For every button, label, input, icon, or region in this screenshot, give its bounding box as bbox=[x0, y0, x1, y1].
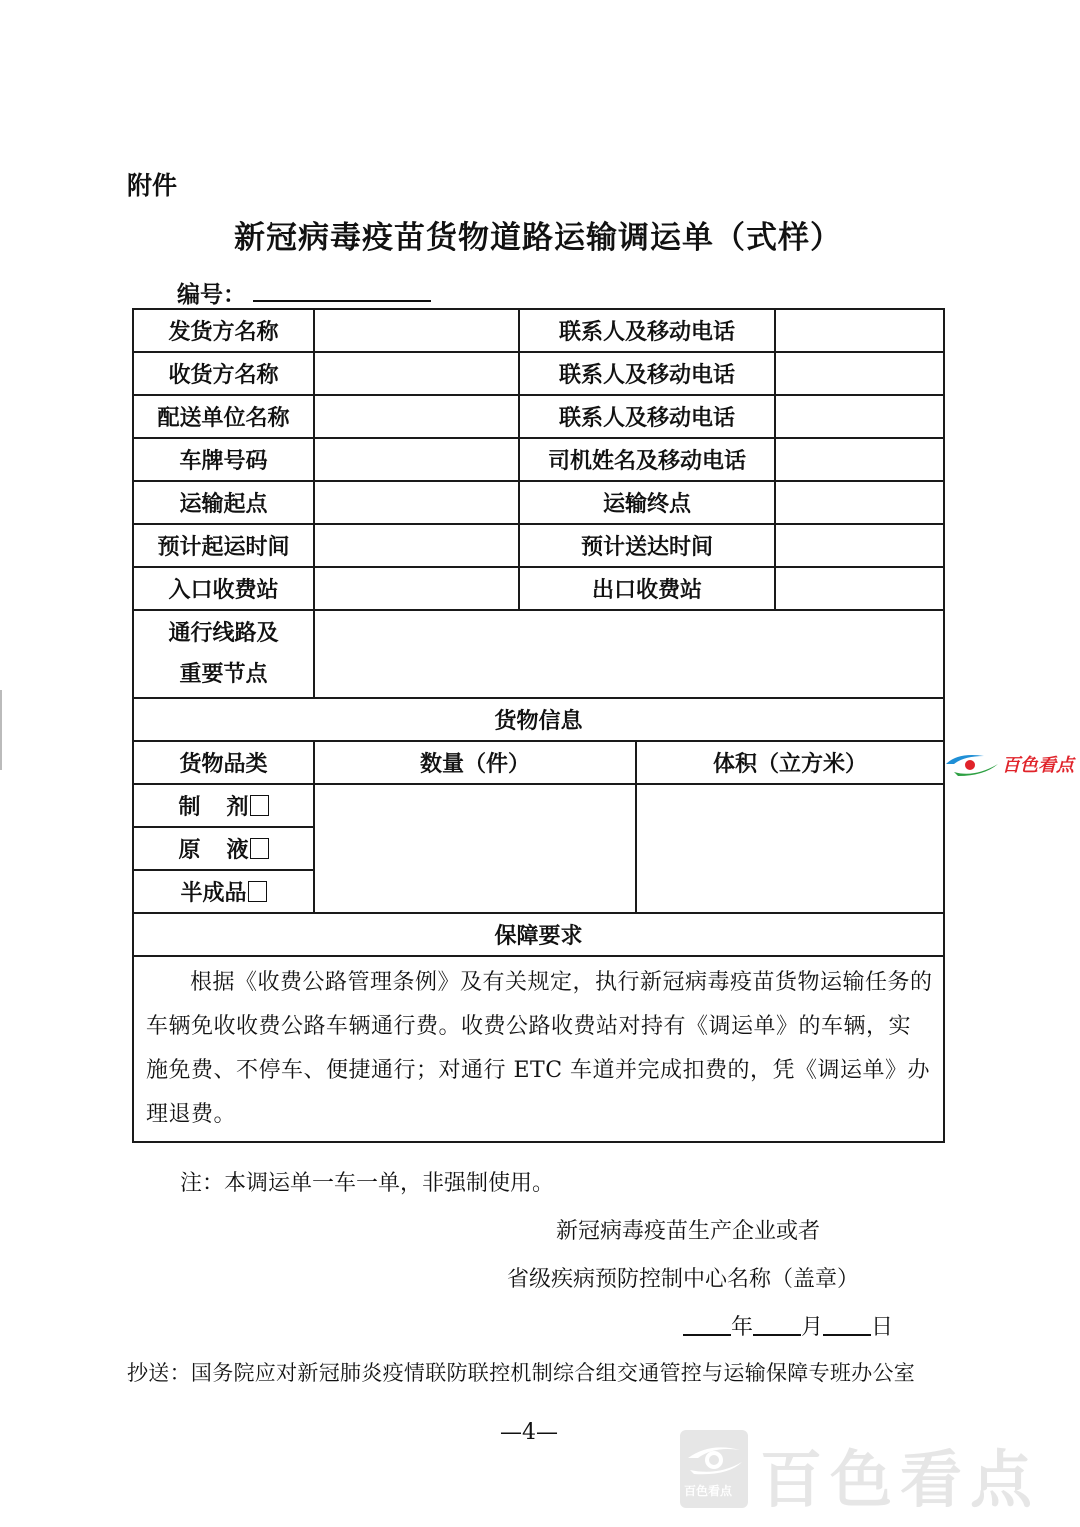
watermark-logo-icon bbox=[944, 750, 1000, 780]
field-label: 司机姓名及移动电话 bbox=[519, 438, 775, 481]
category-label: 液 bbox=[227, 838, 249, 863]
field-label: 发货方名称 bbox=[133, 309, 314, 352]
route-label-line2: 重要节点 bbox=[134, 654, 313, 695]
field-label: 运输终点 bbox=[519, 481, 775, 524]
quantity-field[interactable] bbox=[314, 784, 636, 913]
serial-label: 编号： bbox=[177, 276, 246, 309]
field-label: 收货方名称 bbox=[133, 352, 314, 395]
receiver-name-field[interactable] bbox=[314, 352, 519, 395]
serial-number-field[interactable] bbox=[253, 300, 431, 302]
issuer-line-1: 新冠病毒疫苗生产企业或者 bbox=[556, 1214, 820, 1245]
watermark-large: 百色看点 百色看点 bbox=[680, 1430, 1080, 1527]
origin-field[interactable] bbox=[314, 481, 519, 524]
volume-field[interactable] bbox=[636, 784, 944, 913]
checkbox-formulation[interactable] bbox=[250, 795, 269, 816]
attachment-label: 附件 bbox=[127, 166, 177, 202]
table-row: 运输起点 运输终点 bbox=[133, 481, 944, 524]
departure-time-field[interactable] bbox=[314, 524, 519, 567]
issuer-line-2: 省级疾病预防控制中心名称（盖章） bbox=[507, 1262, 859, 1293]
table-row: 制剂 bbox=[133, 784, 944, 827]
date-line: 年月日 bbox=[683, 1310, 893, 1341]
plate-number-field[interactable] bbox=[314, 438, 519, 481]
watermark-logo-box: 百色看点 bbox=[680, 1430, 748, 1508]
destination-field[interactable] bbox=[775, 481, 944, 524]
field-label: 运输起点 bbox=[133, 481, 314, 524]
checkbox-bulk-liquid[interactable] bbox=[250, 838, 269, 859]
column-header-volume: 体积（立方米） bbox=[636, 741, 944, 784]
footnote: 注：本调运单一车一单，非强制使用。 bbox=[180, 1166, 554, 1197]
category-formulation: 制剂 bbox=[133, 784, 314, 827]
table-row: 通行线路及 重要节点 bbox=[133, 610, 944, 698]
month-label: 月 bbox=[801, 1315, 823, 1340]
page-number: —4— bbox=[500, 1420, 558, 1445]
checkbox-semi-finished[interactable] bbox=[248, 881, 267, 902]
watermark-large-text: 百色看点 bbox=[760, 1430, 1040, 1519]
field-label: 预计送达时间 bbox=[519, 524, 775, 567]
category-label: 半成品 bbox=[180, 881, 246, 906]
table-row: 发货方名称 联系人及移动电话 bbox=[133, 309, 944, 352]
table-row: 收货方名称 联系人及移动电话 bbox=[133, 352, 944, 395]
guarantee-section-title: 保障要求 bbox=[133, 913, 944, 956]
route-label-line1: 通行线路及 bbox=[134, 613, 313, 654]
document-title: 新冠病毒疫苗货物道路运输调运单（式样） bbox=[0, 212, 1080, 257]
cc-line: 抄送：国务院应对新冠肺炎疫情联防联控机制综合组交通管控与运输保障专班办公室 bbox=[127, 1357, 915, 1387]
field-label: 出口收费站 bbox=[519, 567, 775, 610]
exit-toll-field[interactable] bbox=[775, 567, 944, 610]
arrival-time-field[interactable] bbox=[775, 524, 944, 567]
watermark-small-text: 百色看点 bbox=[1002, 751, 1074, 777]
table-row: 预计起运时间 预计送达时间 bbox=[133, 524, 944, 567]
table-row: 入口收费站 出口收费站 bbox=[133, 567, 944, 610]
table-row: 车牌号码 司机姓名及移动电话 bbox=[133, 438, 944, 481]
day-label: 日 bbox=[871, 1315, 893, 1340]
day-field[interactable] bbox=[823, 1314, 871, 1336]
category-label: 原 bbox=[178, 838, 200, 863]
watermark-small: 百色看点 bbox=[944, 748, 1080, 780]
column-header-quantity: 数量（件） bbox=[314, 741, 636, 784]
route-field[interactable] bbox=[314, 610, 944, 698]
document-title-text: 新冠病毒疫苗货物道路运输调运单（式样） bbox=[234, 220, 842, 256]
shipper-contact-field[interactable] bbox=[775, 309, 944, 352]
carrier-contact-field[interactable] bbox=[775, 395, 944, 438]
category-label: 制 bbox=[178, 795, 200, 820]
month-field[interactable] bbox=[753, 1314, 801, 1336]
field-label: 预计起运时间 bbox=[133, 524, 314, 567]
watermark-icon-text: 百色看点 bbox=[684, 1482, 732, 1499]
route-label: 通行线路及 重要节点 bbox=[133, 610, 314, 698]
category-semi-finished: 半成品 bbox=[133, 870, 314, 913]
carrier-name-field[interactable] bbox=[314, 395, 519, 438]
table-row: 货物品类 数量（件） 体积（立方米） bbox=[133, 741, 944, 784]
scan-margin-mark bbox=[0, 690, 2, 770]
column-header-category: 货物品类 bbox=[133, 741, 314, 784]
table-row: 配送单位名称 联系人及移动电话 bbox=[133, 395, 944, 438]
field-label: 联系人及移动电话 bbox=[519, 352, 775, 395]
table-row: 货物信息 bbox=[133, 698, 944, 741]
guarantee-paragraph: 根据《收费公路管理条例》及有关规定，执行新冠病毒疫苗货物运输任务的车辆免收收费公… bbox=[146, 961, 933, 1137]
field-label: 联系人及移动电话 bbox=[519, 309, 775, 352]
field-label: 车牌号码 bbox=[133, 438, 314, 481]
field-label: 联系人及移动电话 bbox=[519, 395, 775, 438]
year-field[interactable] bbox=[683, 1314, 731, 1336]
category-bulk-liquid: 原液 bbox=[133, 827, 314, 870]
year-label: 年 bbox=[731, 1315, 753, 1340]
table-row: 根据《收费公路管理条例》及有关规定，执行新冠病毒疫苗货物运输任务的车辆免收收费公… bbox=[133, 956, 944, 1142]
watermark-eye-icon bbox=[680, 1436, 748, 1486]
cargo-section-title: 货物信息 bbox=[133, 698, 944, 741]
guarantee-text-cell: 根据《收费公路管理条例》及有关规定，执行新冠病毒疫苗货物运输任务的车辆免收收费公… bbox=[133, 956, 944, 1142]
field-label: 配送单位名称 bbox=[133, 395, 314, 438]
driver-contact-field[interactable] bbox=[775, 438, 944, 481]
table-row: 保障要求 bbox=[133, 913, 944, 956]
dispatch-form-table: 发货方名称 联系人及移动电话 收货方名称 联系人及移动电话 配送单位名称 联系人… bbox=[132, 308, 945, 1143]
entry-toll-field[interactable] bbox=[314, 567, 519, 610]
category-label: 剂 bbox=[227, 795, 249, 820]
shipper-name-field[interactable] bbox=[314, 309, 519, 352]
field-label: 入口收费站 bbox=[133, 567, 314, 610]
receiver-contact-field[interactable] bbox=[775, 352, 944, 395]
